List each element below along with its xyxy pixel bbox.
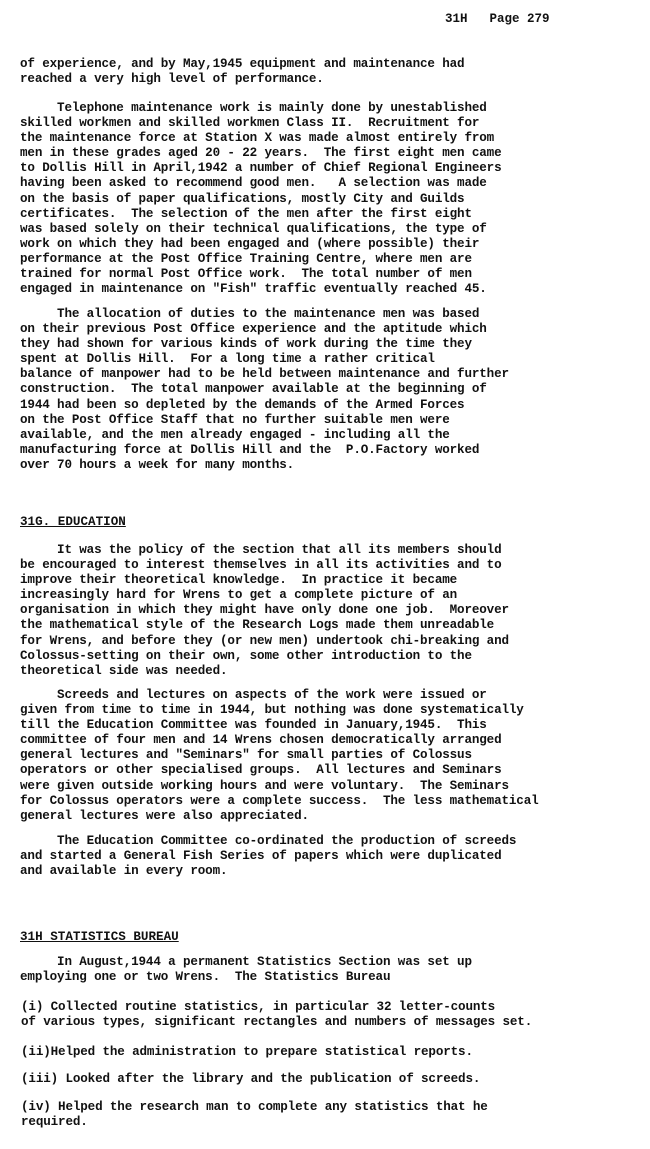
paragraph-recruitment: Telephone maintenance work is mainly don… <box>20 101 502 297</box>
list-item: (i) Collected routine statistics, in par… <box>21 1000 532 1030</box>
list-item: (iii) Looked after the library and the p… <box>21 1072 480 1087</box>
paragraph-education-committee: The Education Committee co-ordinated the… <box>20 834 516 879</box>
paragraph-screeds-lectures: Screeds and lectures on aspects of the w… <box>20 688 539 824</box>
paragraph-statistics-intro: In August,1944 a permanent Statistics Se… <box>20 955 472 985</box>
page-header: 31HPage 279 <box>445 12 550 26</box>
section-heading-statistics: 31H STATISTICS BUREAU <box>20 930 179 944</box>
paragraph-continuation: of experience, and by May,1945 equipment… <box>20 57 464 87</box>
section-reference: 31H <box>445 12 468 26</box>
paragraph-education-policy: It was the policy of the section that al… <box>20 543 509 679</box>
paragraph-allocation: The allocation of duties to the maintena… <box>20 307 509 473</box>
list-item: (iv) Helped the research man to complete… <box>21 1100 488 1130</box>
document-page: 31HPage 279 of experience, and by May,19… <box>0 0 650 1149</box>
section-heading-education: 31G. EDUCATION <box>20 515 126 529</box>
list-item: (ii)Helped the administration to prepare… <box>21 1045 473 1060</box>
page-number: Page 279 <box>490 12 550 26</box>
